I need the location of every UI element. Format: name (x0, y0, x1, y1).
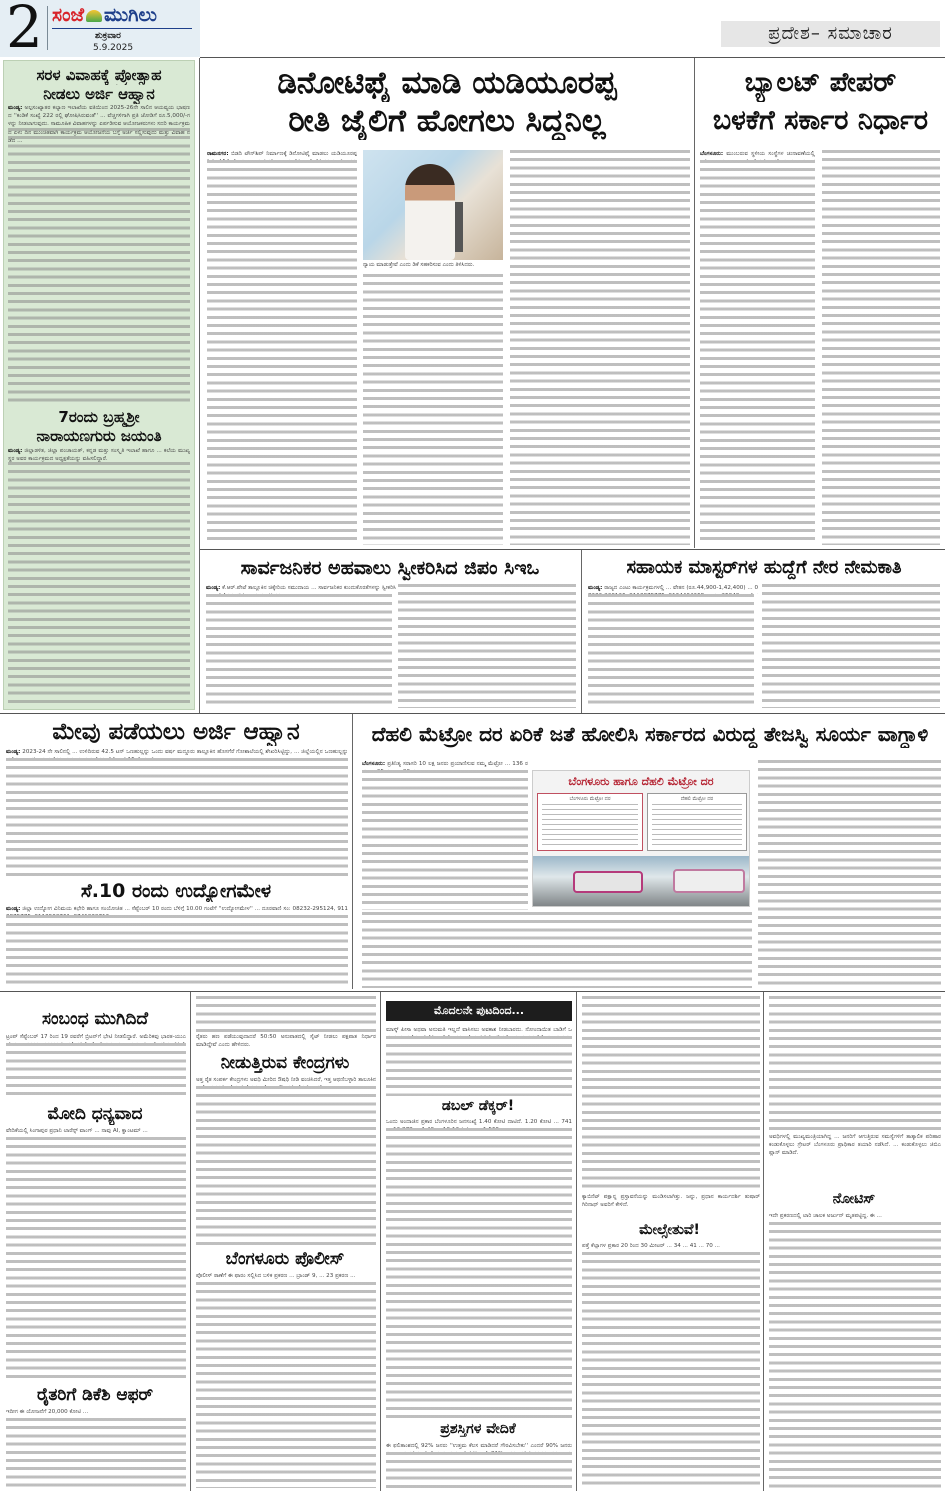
column-rule (694, 58, 695, 548)
relationship-body: ಟ್ರಂಪ್ ಸೆಪ್ಟೆಂಬರ್ 17 ರಿಂದ 19 ರವರೆಗೆ ಬ್ರಿ… (6, 1033, 186, 1043)
text-lines (6, 915, 348, 987)
column-rule (763, 992, 764, 1491)
job-fair-headline: ಸೆ.10 ರಂದು ಉದ್ಯೋಗಮೇಳ (0, 880, 352, 902)
text-lines (206, 594, 392, 708)
table-title: ದೆಹಲಿ ಮೆಟ್ರೋ ದರ (648, 796, 746, 802)
dateline: ಮಂಡ್ಯ: (6, 749, 20, 755)
from-front-page-banner: ಮೊದಲನೇ ಪುಟದಿಂದ... (386, 1001, 572, 1021)
table-grid (652, 804, 742, 846)
modi-thanks-headline: ಮೋದಿ ಧನ್ಯವಾದ (0, 1103, 190, 1125)
ballot-headline-1: ಬ್ಯಾಲಟ್ ಪೇಪರ್ (696, 64, 945, 102)
text-lines (510, 150, 690, 545)
newspaper-logo: ಸಂಜೆಮುಗಿಲು (52, 4, 157, 26)
text-lines (700, 160, 815, 545)
text-lines (769, 996, 941, 1132)
column-rule (576, 992, 577, 1491)
column-rule (380, 992, 381, 1491)
flyover-body: ಪತ್ತೆ ಕೆಲ್ಸಾಗಳ ಪ್ರಕಾರ 20 ರಿಂದ 30 ಮೀಟರ್ .… (582, 1242, 760, 1252)
text-lines (207, 160, 357, 545)
dateline: ಬೆಂಗಳೂರು: (700, 151, 723, 157)
article-text: 2023-24 ನೇ ಸಾಲಿನಲ್ಲಿ ... ಉಳಿದಿರುವ 42.5 ಟ… (6, 749, 348, 758)
article-text: ಬಿಡದಿ ಟೌನ್‌ಶಿಪ್ ನಿರ್ಮಾಣಕ್ಕೆ ಡಿನೋಟಿಫೈ ಮಾಡ… (207, 151, 357, 160)
page-number: 2 (6, 0, 43, 58)
text-lines (362, 770, 528, 910)
dateline: ಮಂಡ್ಯ: (6, 906, 20, 912)
text-lines (386, 1452, 572, 1488)
text-lines (769, 1222, 941, 1488)
ballot-headline-2: ಬಳಕೆಗೆ ಸರ್ಕಾರ ನಿರ್ಧಾರ (696, 102, 945, 140)
text-lines (762, 584, 940, 708)
metro-headline: ದೆಹಲಿ ಮೆಟ್ರೋ ದರ ಏರಿಕೆ ಜತೆ ಹೋಲಿಸಿ ಸರ್ಕಾರದ… (355, 720, 945, 748)
column-rule (581, 550, 582, 713)
zp-ceo-dateline: ಮಂಡ್ಯ: ಕೆ.ಆರ್.ಪೇಟೆ ತಾಲ್ಲೂಕಿನ ಚಿಕ್ಕೇರಿಯ ಸ… (206, 584, 396, 594)
header-rule (200, 57, 945, 58)
masters-headline: ಸಹಾಯಕ ಮಾಸ್ಟರ್‌ಗಳ ಹುದ್ದೆಗೆ ನೇರ ನೇಮಕಾತಿ (583, 554, 945, 582)
article-text: ಜಿಲ್ಲಾ ಉದ್ಯೋಗ ವಿನಿಮಯ ಕಛೇರಿ ಹಾಗೂ ಸಂಯೋಜಿತ … (6, 906, 348, 915)
graphic-title: ಬೆಂಗಳೂರು ಹಾಗೂ ದೆಹಲಿ ಮೆಟ್ರೋ ದರ (533, 775, 749, 789)
dateline: ಮಂಡ್ಯ: (588, 585, 602, 591)
text-lines (398, 584, 576, 708)
text-lines (196, 1086, 376, 1246)
dateline: ಮಂಡ್ಯ: (8, 105, 22, 111)
text-lines (8, 128, 190, 403)
bengaluru-fare-table: ಬೆಂಗಳೂರು ಮೆಟ್ರೋ ದರ (537, 793, 643, 851)
logo-underline (52, 28, 192, 29)
farmers-offer-headline: ರೈತರಿಗೆ ಡಿಕೆಶಿ ಆಫರ್ (0, 1384, 190, 1406)
double-decker-body: ಒಂದು ಅಂದಾಜಿನ ಪ್ರಕಾರ ಬೆಂಗಳೂರಿನ ಜನಸಂಖ್ಯೆ 1… (386, 1118, 572, 1128)
fodder-headline: ಮೇವು ಪಡೆಯಲು ಅರ್ಜಿ ಆಹ್ವಾನ (0, 718, 352, 746)
weekday: ಶುಕ್ರವಾರ (95, 31, 121, 41)
centers-body: ಅತ್ತ ರೈತ ಸಂಪರ್ಕ ಕೇಂದ್ರಗಳು ಅವಧಿ ಮೀರಿದ ಔಷಧ… (196, 1076, 376, 1086)
bengaluru-metro-train (573, 871, 643, 893)
article-text: ಕೆ.ಆರ್.ಪೇಟೆ ತಾಲ್ಲೂಕಿನ ಚಿಕ್ಕೇರಿಯ ಸಮುದಾಯ .… (206, 585, 396, 594)
metro-fare-graphic: ಬೆಂಗಳೂರು ಹಾಗೂ ದೆಹಲಿ ಮೆಟ್ರೋ ದರ ಬೆಂಗಳೂರು ಮ… (532, 770, 750, 907)
centers-headline: ನೀಡುತ್ತಿರುವ ಕೇಂದ್ರಗಳು (190, 1052, 380, 1074)
relationship-headline: ಸಂಬಂಧ ಮುಗಿದಿದೆ (0, 1008, 190, 1030)
issue-date: 5.9.2025 (93, 43, 133, 53)
text-lines (6, 758, 348, 876)
text-lines (582, 996, 760, 1192)
notice-intro: ಅವಧಿಗಳಲ್ಲಿ ಮುಖ್ಯಮಂತ್ರಿಯಾಗಿದ್ದ ... ಜನರಿಗೆ… (769, 1133, 941, 1189)
text-lines (822, 150, 940, 545)
section-rule (0, 713, 945, 714)
photo-caption: ನ್ಯಾಯ ಮಾಡುತ್ತೇವೆ ಎಂದು ಡಿಕೆ ಸಹಕರಿಸುವ ಎಂದು… (363, 262, 503, 269)
text-lines (196, 996, 376, 1032)
double-decker-headline: ಡಬಲ್ ಡೆಕ್ಕರ್! (380, 1097, 576, 1115)
article-text: ರಾಜ್ಯದ ಎಂಟು ಕಾರ್ಯಕ್ರಮಗಳಲ್ಲಿ ... ವೇತನ (ರೂ… (588, 585, 758, 594)
notice-headline: ನೋಟಿಸ್ (763, 1190, 945, 1208)
text-lines (6, 1137, 186, 1381)
column-rule (352, 714, 353, 989)
dateline: ಮಂಡ್ಯ: (8, 448, 22, 454)
marriage-headline-2: ನೀಡಲು ಅರ್ಜಿ ಆಹ್ವಾನ (6, 85, 192, 104)
text-lines (386, 1036, 572, 1096)
front-cont-body: ಮಾಸ್ಕ್ ಪೀಸಾ ಅಥವಾ ಅನುಮತಿ ಇಲ್ಲದೆ ವಾಸಿಸಲು ಅ… (386, 1026, 572, 1036)
dateline: ರಾಮನಗರ: (207, 151, 229, 157)
article-text: ಜಿಲ್ಲಾಡಳಿತ, ಜಿಲ್ಲಾ ಪಂಚಾಯತ್, ಕನ್ನಡ ಮತ್ತು … (8, 448, 190, 462)
table-grid (542, 804, 638, 846)
dks-headline-1: ಡಿನೋಟಿಫೈ ಮಾಡಿ ಯಡಿಯೂರಪ್ಪ (200, 64, 694, 102)
text-lines (8, 462, 190, 706)
section-rule (200, 549, 945, 550)
table-title: ಬೆಂಗಳೂರು ಮೆಟ್ರೋ ದರ (538, 796, 642, 802)
delhi-fare-table: ದೆಹಲಿ ಮೆಟ್ರೋ ದರ (647, 793, 747, 851)
text-lines (363, 274, 503, 545)
farmers-offer-body: ಇದೀಗ ಈ ಯೋಜನೆಗೆ 20,000 ಕೋಟಿ ... (6, 1408, 186, 1418)
section-rule (0, 991, 945, 992)
fodder-dateline: ಮಂಡ್ಯ: 2023-24 ನೇ ಸಾಲಿನಲ್ಲಿ ... ಉಳಿದಿರುವ… (6, 748, 348, 758)
police-headline: ಬೆಂಗಳೂರು ಪೊಲೀಸ್ (190, 1248, 380, 1270)
flyover-intro: ಕ್ಯಾಬಿನೆಟ್ ಪಕ್ಷಾನ್ನ ಪ್ರಸ್ತಾವನೆಯನ್ನು ಮಂಡಿ… (582, 1193, 760, 1219)
dk-shivakumar-photo (363, 150, 503, 260)
marriage-headline-1: ಸರಳ ವಿವಾಹಕ್ಕೆ ಪ್ರೋತ್ಸಾಹ (6, 66, 192, 85)
text-lines (196, 1282, 376, 1488)
logo-part1: ಸಂಜೆ (52, 4, 84, 26)
speaker-figure (405, 164, 455, 260)
section-label: ಪ್ರದೇಶ– ಸಮಾಚಾರ (721, 21, 940, 47)
microphone-stand (455, 202, 463, 252)
text-lines (588, 594, 754, 708)
job-fair-dateline: ಮಂಡ್ಯ: ಜಿಲ್ಲಾ ಉದ್ಯೋಗ ವಿನಿಮಯ ಕಛೇರಿ ಹಾಗೂ ಸ… (6, 905, 348, 915)
narayanaguru-headline-1: 7ರಂದು ಬ್ರಹ್ಮಶ್ರೀ (6, 408, 192, 427)
text-lines (758, 760, 941, 988)
masthead: 2 ಸಂಜೆಮುಗಿಲು ಶುಕ್ರವಾರ 5.9.2025 (0, 0, 200, 57)
police-body: ಪೊಲೀಸ್ ಠಾಣೆಗೆ ಈ ಫಾರಂ ಸಲ್ಲಿಸಿದ ಬಳಿಕ ಪ್ರಕರ… (196, 1272, 376, 1282)
centers-intro: ರೈತರು ಹಣ ಪಡೆಯುವುದಾದರೆ 50:50 ಅನುಪಾತದಲ್ಲಿ … (196, 1033, 376, 1051)
masthead-divider (47, 6, 48, 50)
article-text: ಪ್ರತಿನಿತ್ಯ ಸರಾಸರಿ 10 ಲಕ್ಷ ಜನರು ಪ್ರಯಾಣಿಸು… (362, 761, 528, 770)
text-lines (582, 1252, 760, 1488)
metro-dateline: ಬೆಂಗಳೂರು: ಪ್ರತಿನಿತ್ಯ ಸರಾಸರಿ 10 ಲಕ್ಷ ಜನರು… (362, 760, 528, 770)
notice-body: ಇದೇ ಪ್ರಕರಣದಲ್ಲಿ ಲಾರಿ ಚಾಲಕ ಅರ್ಜುನ್ ಮೃತಪಟ್… (769, 1212, 941, 1222)
logo-part2: ಮುಗಿಲು (104, 4, 157, 26)
flyover-headline: ಮೇಲ್ಸೇತುವೆ! (576, 1221, 763, 1239)
modi-thanks-body: ವೇದಿಕೆಯಲ್ಲಿ ಸಿಂಗಾಪುರ ಪ್ರಧಾನಿ ಲಾರೆನ್ಸ್ ವಾ… (6, 1127, 186, 1137)
zp-ceo-headline: ಸಾರ್ವಜನಿಕರ ಅಹವಾಲು ಸ್ವೀಕರಿಸಿದ ಜಿಪಂ ಸಿಇಒ (200, 554, 580, 582)
text-lines (6, 1418, 186, 1488)
awards-headline: ಪ್ರಶಸ್ತಿಗಳ ವೇದಿಕೆ (380, 1420, 576, 1438)
text-lines (362, 912, 752, 988)
text-lines (386, 1128, 572, 1418)
dateline: ಬೆಂಗಳೂರು: (362, 761, 385, 767)
column-rule (199, 58, 200, 713)
dks-headline-2: ರೀತಿ ಜೈಲಿಗೆ ಹೋಗಲು ಸಿದ್ಧನಿಲ್ಲ (200, 102, 694, 140)
palm-sun-icon (86, 10, 102, 22)
dks-dateline: ರಾಮನಗರ: ಬಿಡದಿ ಟೌನ್‌ಶಿಪ್ ನಿರ್ಮಾಣಕ್ಕೆ ಡಿನೋ… (207, 150, 357, 160)
dateline: ಮಂಡ್ಯ: (206, 585, 220, 591)
awards-body: ಈ ಫಲಿತಾಂಶದಲ್ಲಿ 92% ಜನರು ''ಉತ್ತಮ ಕೆಲಸ ಮಾಡ… (386, 1442, 572, 1452)
narayanaguru-headline-2: ನಾರಾಯಣಗುರು ಜಯಂತಿ (6, 427, 192, 446)
text-lines (6, 1043, 186, 1099)
delhi-metro-train (673, 869, 745, 893)
masters-dateline: ಮಂಡ್ಯ: ರಾಜ್ಯದ ಎಂಟು ಕಾರ್ಯಕ್ರಮಗಳಲ್ಲಿ ... ವ… (588, 584, 758, 594)
ballot-dateline: ಬೆಂಗಳೂರು: ಮುಂಬರುವ ಸ್ಥಳೀಯ ಸಂಸ್ಥೆಗಳ ಚುನಾವಣ… (700, 150, 815, 160)
